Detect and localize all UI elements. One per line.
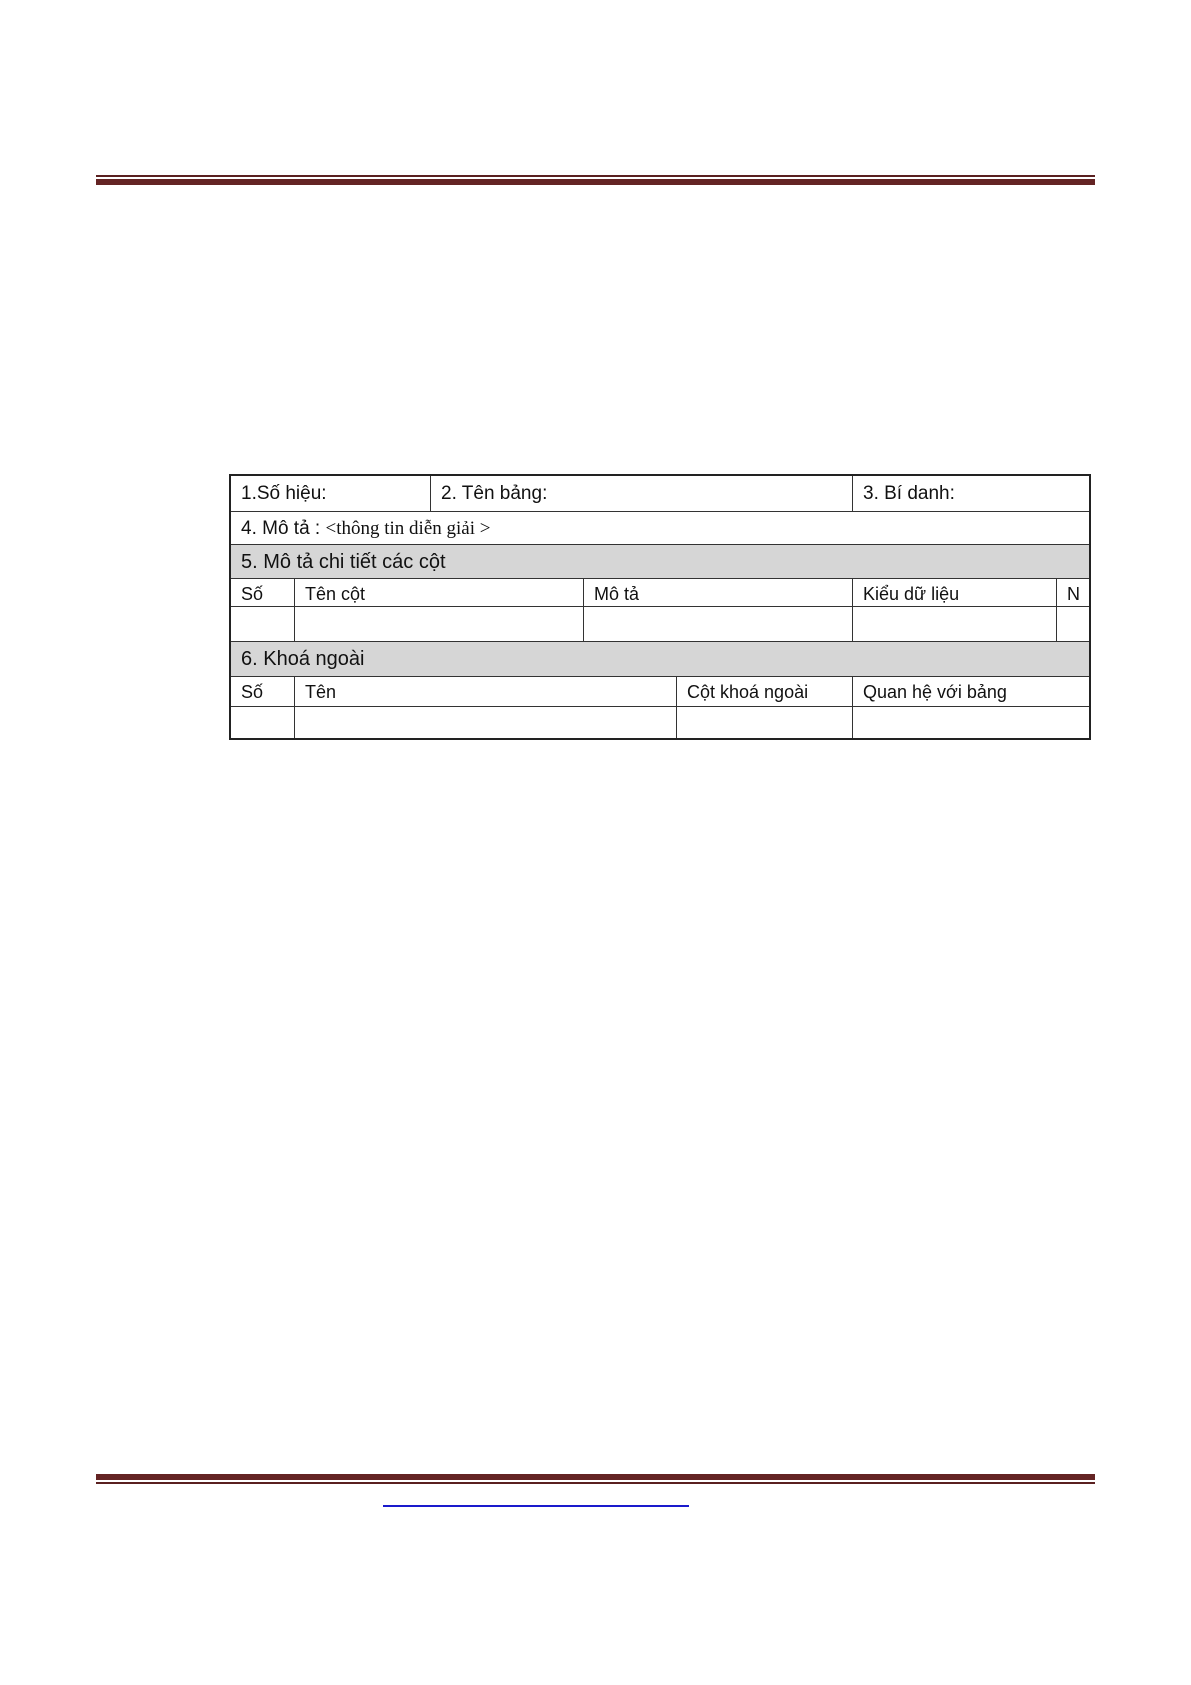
col-header-number: Số [231, 579, 295, 606]
col-cell-description[interactable] [584, 607, 853, 641]
footer-rule [96, 1474, 1095, 1485]
table-spec-form: 1.Số hiệu: 2. Tên bảng: 3. Bí danh: 4. M… [229, 474, 1091, 740]
form-row-description: 4. Mô tả : <thông tin diễn giải > [231, 512, 1089, 545]
col-cell-null[interactable] [1057, 607, 1089, 641]
description-label: 4. Mô tả : [241, 518, 325, 539]
footer-rule-thin [96, 1482, 1095, 1484]
field-id-label: 1.Số hiệu: [231, 476, 431, 511]
col-cell-column-name[interactable] [295, 607, 584, 641]
field-table-name-label: 2. Tên bảng: [431, 476, 853, 511]
fk-cell-number[interactable] [231, 707, 295, 738]
footer-rule-thick [96, 1474, 1095, 1480]
fk-header-number: Số [231, 677, 295, 706]
header-rule-thick [96, 179, 1095, 185]
fk-header-related-table: Quan hệ với bảng [853, 677, 1089, 706]
columns-header-row: Số Tên cột Mô tả Kiểu dữ liệu N [231, 579, 1089, 607]
col-cell-number[interactable] [231, 607, 295, 641]
header-rule-thin [96, 175, 1095, 177]
col-header-column-name: Tên cột [295, 579, 584, 606]
fk-header-foreign-column: Cột khoá ngoài [677, 677, 853, 706]
section-foreign-keys-header: 6. Khoá ngoài [231, 642, 1089, 677]
col-header-data-type: Kiểu dữ liệu [853, 579, 1057, 606]
form-row-identity: 1.Số hiệu: 2. Tên bảng: 3. Bí danh: [231, 476, 1089, 512]
header-rule [96, 175, 1095, 186]
col-header-null: N [1057, 579, 1089, 606]
section-foreign-keys-title: 6. Khoá ngoài [231, 642, 1089, 676]
field-alias-label: 3. Bí danh: [853, 476, 1089, 511]
field-description: 4. Mô tả : <thông tin diễn giải > [231, 512, 1089, 544]
foreign-keys-data-row [231, 707, 1089, 738]
foreign-keys-header-row: Số Tên Cột khoá ngoài Quan hệ với bảng [231, 677, 1089, 707]
columns-data-row [231, 607, 1089, 642]
fk-cell-foreign-column[interactable] [677, 707, 853, 738]
fk-cell-name[interactable] [295, 707, 677, 738]
fk-header-name: Tên [295, 677, 677, 706]
description-placeholder: <thông tin diễn giải > [325, 518, 490, 539]
footer-link[interactable] [383, 1505, 689, 1507]
col-cell-data-type[interactable] [853, 607, 1057, 641]
section-columns-header: 5. Mô tả chi tiết các cột [231, 545, 1089, 579]
section-columns-title: 5. Mô tả chi tiết các cột [231, 545, 1089, 578]
fk-cell-related-table[interactable] [853, 707, 1089, 738]
col-header-description: Mô tả [584, 579, 853, 606]
